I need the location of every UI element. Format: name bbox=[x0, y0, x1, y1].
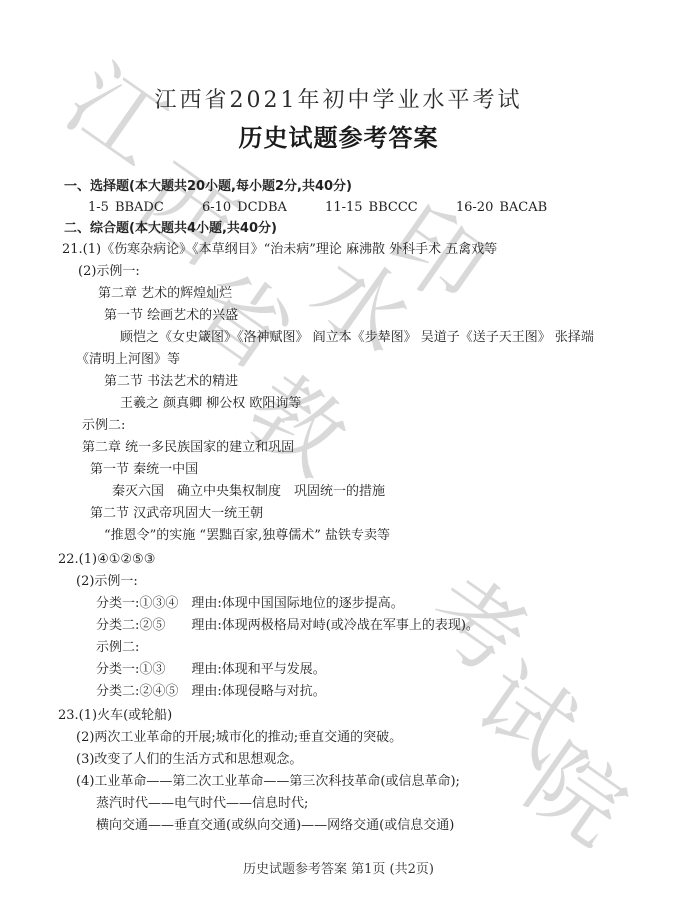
answer-line: 蒸汽时代——电气时代——信息时代; bbox=[96, 795, 308, 813]
answer-group: 1-5BBADC bbox=[88, 199, 164, 217]
section-heading-multiple-choice: 一、选择题(本大题共20小题,每小题2分,共40分) bbox=[64, 178, 352, 196]
answer-line: 第一节 秦统一中国 bbox=[90, 461, 198, 479]
answer-key-title: 历史试题参考答案 bbox=[0, 118, 677, 153]
answer-group: 11-15BBCCC bbox=[325, 199, 418, 217]
answer-line: 王羲之 颜真卿 柳公权 欧阳询等 bbox=[120, 395, 301, 413]
answer-line: “推恩令”的实施 “罢黜百家,独尊儒术” 盐铁专卖等 bbox=[104, 527, 390, 545]
answer-group: 16-20BACAB bbox=[456, 199, 547, 217]
answer-line: 分类二:②⑤ 理由:体现两极格局对峙(或冷战在军事上的表现)。 bbox=[96, 617, 479, 635]
answer-line: (3)改变了人们的生活方式和思想观念。 bbox=[76, 751, 302, 769]
answer-line: 示例二: bbox=[96, 639, 139, 657]
answer-line: 顾恺之《女史箴图》《洛神赋图》 阎立本《步辇图》 吴道子《送子天王图》 张择端 bbox=[120, 329, 594, 347]
answer-line: 示例二: bbox=[82, 417, 125, 435]
document-page: 江西省2021年初中学业水平考试 历史试题参考答案 一、选择题(本大题共20小题… bbox=[0, 0, 677, 898]
answer-line: 21.(1)《伤寒杂病论》《本草纲目》“治未病”理论 麻沸散 外科手术 五禽戏等 bbox=[62, 241, 497, 259]
answer-line: 横向交通——垂直交通(或纵向交通)——网络交通(或信息交通) bbox=[96, 817, 454, 835]
section-heading-comprehensive: 二、综合题(本大题共4小题,共40分) bbox=[64, 220, 277, 238]
answer-line: 第二节 书法艺术的精进 bbox=[104, 373, 238, 391]
answer-line: (2)示例一: bbox=[76, 573, 138, 591]
answer-line: 秦灭六国 确立中央集权制度 巩固统一的措施 bbox=[112, 483, 385, 501]
answer-group: 6-10DCDBA bbox=[202, 199, 287, 217]
answer-line: 22.(1)④①②⑤③ bbox=[58, 551, 155, 569]
answer-line: 第一节 绘画艺术的兴盛 bbox=[104, 307, 238, 325]
answer-line: 第二节 汉武帝巩固大一统王朝 bbox=[90, 505, 263, 523]
answer-line: 分类二:②④⑤ 理由:体现侵略与对抗。 bbox=[96, 683, 326, 701]
multiple-choice-answers: 1-5BBADC 6-10DCDBA 11-15BBCCC 16-20BACAB bbox=[88, 199, 581, 217]
answer-line: 第二章 统一多民族国家的建立和巩固 bbox=[82, 439, 294, 457]
answer-line: 第二章 艺术的辉煌灿烂 bbox=[98, 285, 232, 303]
answer-line: 《清明上河图》等 bbox=[76, 351, 180, 369]
answer-line: 分类一:①③ 理由:体现和平与发展。 bbox=[96, 661, 326, 679]
exam-title: 江西省2021年初中学业水平考试 bbox=[0, 83, 677, 114]
page-footer: 历史试题参考答案 第1页 (共2页) bbox=[0, 858, 677, 877]
answer-line: 23.(1)火车(或轮船) bbox=[58, 707, 172, 725]
answer-line: (2)示例一: bbox=[78, 263, 140, 281]
answer-line: (2)两次工业革命的开展;城市化的推动;垂直交通的突破。 bbox=[76, 729, 402, 747]
answer-line: 分类一:①③④ 理由:体现中国国际地位的逐步提高。 bbox=[96, 595, 404, 613]
answer-line: (4)工业革命——第二次工业革命——第三次科技革命(或信息革命); bbox=[76, 773, 460, 791]
